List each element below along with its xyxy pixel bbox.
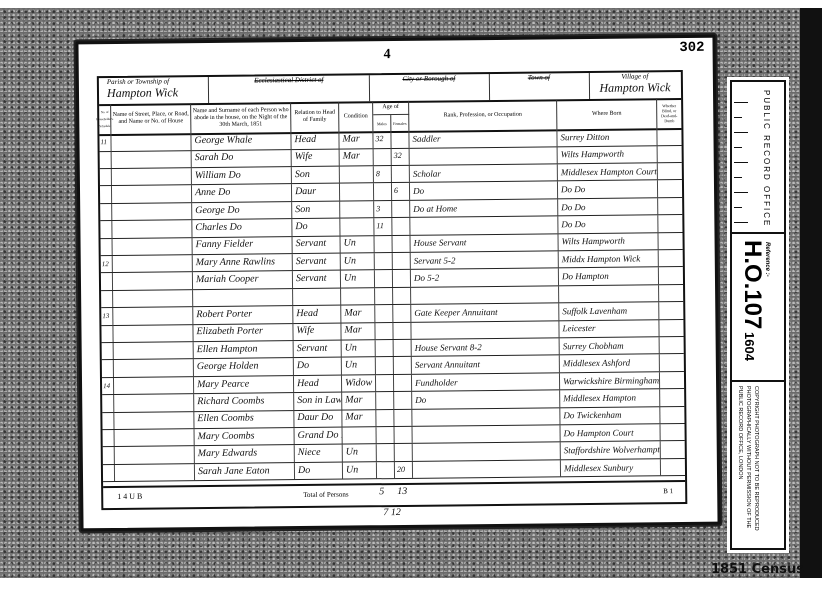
- cell-occupation: Gate Keeper Annuitant: [411, 303, 559, 321]
- cell-age-female: [393, 235, 411, 252]
- cell-name: Mary Edwards: [195, 445, 295, 463]
- cell-infirmity: [660, 424, 684, 441]
- cell-infirmity: [660, 354, 684, 371]
- cell-condition: Mar: [342, 392, 376, 409]
- cell-schedule: [100, 169, 112, 186]
- cell-name: Ellen Hampton: [194, 341, 294, 359]
- cell-infirmity: [657, 128, 681, 145]
- cell-age-male: [374, 148, 392, 165]
- cell-birthplace: Do Do: [558, 215, 658, 233]
- cell-schedule: [101, 238, 113, 255]
- cell-schedule: [101, 291, 113, 308]
- cell-occupation: Fundholder: [412, 373, 560, 391]
- col-relation: Relation to Head of Family: [291, 102, 339, 133]
- cell-occupation: Do: [410, 182, 558, 200]
- parish-cell: Parish or Township of Hampton Wick: [99, 77, 209, 104]
- cell-occupation: [412, 408, 560, 426]
- scan-edge: [800, 8, 822, 578]
- cell-schedule: [103, 447, 115, 464]
- enumerator-mark: B 1: [663, 487, 673, 495]
- cell-condition: Un: [341, 253, 375, 270]
- cell-age-female: [393, 287, 411, 304]
- town-label: Town of: [489, 73, 590, 100]
- cell-birthplace: [559, 285, 659, 303]
- cell-relation: Son: [292, 201, 340, 218]
- cell-schedule: 12: [101, 256, 113, 273]
- cell-infirmity: [658, 198, 682, 215]
- cell-age-male: 3: [374, 201, 392, 218]
- cell-age-female: [393, 322, 411, 339]
- cell-schedule: [100, 186, 112, 203]
- cell-condition: Mar: [342, 410, 376, 427]
- cell-birthplace: Wilts Hampworth: [558, 146, 658, 164]
- cell-condition: Mar: [340, 149, 374, 166]
- cell-street: [113, 238, 193, 255]
- cell-occupation: [410, 216, 558, 234]
- cell-schedule: 11: [99, 134, 111, 151]
- cell-age-male: 8: [374, 166, 392, 183]
- cell-age-male: 32: [373, 131, 391, 148]
- cell-relation: [293, 288, 341, 305]
- cell-relation: Servant: [293, 271, 341, 288]
- cell-schedule: [101, 325, 113, 342]
- village-value: Hampton Wick: [589, 80, 681, 96]
- cell-relation: Head: [293, 306, 341, 323]
- piece-number: 1604: [742, 332, 757, 361]
- col-name: Name and Surname of each Person who abod…: [191, 102, 291, 133]
- cell-name: Robert Porter: [193, 306, 293, 324]
- village-cell: Village of Hampton Wick: [589, 72, 681, 99]
- cell-condition: Un: [342, 357, 376, 374]
- cell-name: Ellen Coombs: [194, 410, 294, 428]
- cell-condition: Un: [342, 340, 376, 357]
- cell-condition: [340, 201, 374, 218]
- cell-birthplace: Warwickshire Birmingham: [560, 372, 660, 390]
- cell-occupation: Saddler: [409, 129, 557, 147]
- cell-relation: Servant: [293, 236, 341, 253]
- cell-occupation: [413, 425, 561, 443]
- cell-schedule: 14: [102, 378, 114, 395]
- cell-street: [111, 133, 191, 150]
- cell-birthplace: Surrey Ditton: [557, 128, 657, 146]
- cell-name: Anne Do: [192, 184, 292, 202]
- cell-street: [115, 446, 195, 463]
- cell-age-male: [376, 392, 394, 409]
- cell-street: [114, 359, 194, 376]
- cell-street: [115, 429, 195, 446]
- cell-occupation: Servant Annuitant: [412, 355, 560, 373]
- cell-age-male: 11: [374, 218, 392, 235]
- col-age-female: Females: [391, 115, 409, 131]
- cell-name: Elizabeth Porter: [193, 323, 293, 341]
- col-schedule: No. of Householder's Schedule: [99, 104, 111, 134]
- cell-birthplace: Do Do: [558, 180, 658, 198]
- males-total: 5: [379, 486, 384, 497]
- cell-schedule: [101, 273, 113, 290]
- cell-street: [112, 151, 192, 168]
- cell-age-female: [392, 166, 410, 183]
- cell-relation: Son: [292, 166, 340, 183]
- cell-age-male: [377, 427, 395, 444]
- cell-condition: Un: [341, 236, 375, 253]
- cell-birthplace: Staffordshire Wolverhampton: [561, 441, 661, 459]
- cell-schedule: [100, 221, 112, 238]
- col-occupation: Rank, Profession, or Occupation: [409, 99, 557, 131]
- cell-birthplace: Suffolk Lavenham: [559, 302, 659, 320]
- cell-birthplace: Wilts Hampworth: [558, 233, 658, 251]
- cell-name: Charles Do: [192, 219, 292, 237]
- cell-age-female: [394, 374, 412, 391]
- reference-code: H.O.107: [738, 240, 766, 329]
- cell-relation: Daur: [292, 184, 340, 201]
- col-street: Name of Street, Place, or Road, and Name…: [111, 103, 191, 134]
- cell-birthplace: Do Do: [558, 198, 658, 216]
- cell-street: [113, 325, 193, 342]
- col-condition: Condition: [339, 101, 373, 131]
- city-label: City or Borough of: [369, 74, 490, 101]
- cell-relation: Wife: [293, 323, 341, 340]
- cell-name: Mariah Cooper: [193, 271, 293, 289]
- cell-street: [114, 394, 194, 411]
- cell-street: [112, 185, 192, 202]
- cell-condition: Widow: [342, 375, 376, 392]
- cell-relation: Head: [294, 375, 342, 392]
- cell-age-male: [375, 305, 393, 322]
- cell-name: Richard Coombs: [194, 393, 294, 411]
- cell-infirmity: [658, 163, 682, 180]
- cell-relation: Servant: [294, 340, 342, 357]
- cell-occupation: [413, 460, 561, 478]
- cell-schedule: 13: [101, 308, 113, 325]
- cell-condition: Un: [341, 270, 375, 287]
- cell-age-male: [375, 288, 393, 305]
- cell-relation: Grand Do Do: [295, 427, 343, 444]
- col-age-group: Age of: [373, 101, 409, 115]
- cell-infirmity: [658, 215, 682, 232]
- cell-condition: [340, 166, 374, 183]
- cell-occupation: [410, 147, 558, 165]
- cell-street: [112, 203, 192, 220]
- cell-birthplace: Middlesex Hampton Court: [558, 163, 658, 181]
- cell-age-female: [394, 340, 412, 357]
- cell-relation: Do: [294, 358, 342, 375]
- cell-age-female: [394, 409, 412, 426]
- image-caption: 1851 Census: [711, 562, 804, 577]
- cell-infirmity: [659, 319, 683, 336]
- cell-infirmity: [661, 441, 685, 458]
- cell-condition: Mar: [341, 323, 375, 340]
- cell-age-female: [392, 218, 410, 235]
- ecclesiastical-label: Ecclesiastical District of: [209, 75, 370, 103]
- cell-occupation: Do 5-2: [411, 269, 559, 287]
- cell-relation: Niece: [295, 445, 343, 462]
- cell-name: George Whale: [191, 132, 291, 150]
- cell-age-male: [376, 357, 394, 374]
- cell-occupation: [411, 321, 559, 339]
- archive-label: PUBLIC RECORD OFFICE: [762, 90, 771, 227]
- cell-age-male: [376, 340, 394, 357]
- cell-age-female: [395, 427, 413, 444]
- col-birthplace: Where Born: [557, 98, 657, 129]
- cell-relation: Son in Law: [294, 393, 342, 410]
- cell-street: [112, 220, 192, 237]
- cell-birthplace: Middlesex Hampton: [560, 389, 660, 407]
- cell-infirmity: [660, 389, 684, 406]
- cell-age-female: 20: [395, 461, 413, 478]
- cell-infirmity: [658, 145, 682, 162]
- cell-street: [114, 377, 194, 394]
- cell-condition: Un: [343, 462, 377, 479]
- cell-age-male: [375, 322, 393, 339]
- cell-relation: Daur Do: [294, 410, 342, 427]
- cell-age-female: 32: [392, 148, 410, 165]
- page-number: 4: [384, 47, 391, 63]
- cell-age-female: [393, 253, 411, 270]
- cell-occupation: House Servant 8-2: [412, 338, 560, 356]
- cell-birthplace: Leicester: [559, 320, 659, 338]
- cell-occupation: Scholar: [410, 164, 558, 182]
- cell-name: Fanny Fielder: [193, 236, 293, 254]
- cell-schedule: [102, 412, 114, 429]
- cell-infirmity: [660, 337, 684, 354]
- cell-condition: Mar: [341, 305, 375, 322]
- col-infirmity: Whether Blind, or Deaf-and-Dumb: [657, 98, 681, 128]
- cell-street: [115, 464, 195, 481]
- cell-name: Sarah Jane Eaton: [195, 463, 295, 481]
- cell-age-female: [393, 305, 411, 322]
- census-page: 4 302 Parish or Township of Hampton Wick…: [75, 35, 720, 532]
- cell-name: [193, 289, 293, 307]
- cell-schedule: [103, 465, 115, 482]
- cell-occupation: Do at Home: [410, 199, 558, 217]
- persons-total-label: Total of Persons: [303, 491, 348, 499]
- cell-name: Sarah Do: [192, 149, 292, 167]
- folio-number: 302: [679, 40, 704, 56]
- reference-strip: PUBLIC RECORD OFFICE Reference :- H.O.10…: [730, 80, 786, 550]
- cell-street: [114, 412, 194, 429]
- cell-age-male: [374, 183, 392, 200]
- cell-age-female: 6: [392, 183, 410, 200]
- cell-name: Mary Pearce: [194, 376, 294, 394]
- cell-age-female: [395, 444, 413, 461]
- cell-infirmity: [659, 267, 683, 284]
- cell-occupation: [411, 286, 559, 304]
- cell-occupation: House Servant: [411, 234, 559, 252]
- cell-occupation: Do: [412, 390, 560, 408]
- cell-age-male: [376, 375, 394, 392]
- cell-birthplace: Do Hampton: [559, 267, 659, 285]
- cell-name: Mary Coombs: [195, 428, 295, 446]
- cell-infirmity: [660, 372, 684, 389]
- cell-age-female: [394, 392, 412, 409]
- cell-street: [113, 307, 193, 324]
- copyright-notice: COPYRIGHT PHOTOGRAPH NOT TO BE REPRODUCE…: [736, 386, 760, 542]
- cell-condition: [340, 183, 374, 200]
- parish-value: Hampton Wick: [107, 85, 208, 101]
- cell-street: [113, 272, 193, 289]
- form-footer: 1 4 U B Total of Persons 5 13 B 1: [103, 480, 685, 508]
- cell-street: [113, 255, 193, 272]
- cell-age-female: [391, 131, 409, 148]
- cell-infirmity: [660, 406, 684, 423]
- cell-street: [114, 342, 194, 359]
- pencil-note: 7 12: [383, 507, 401, 518]
- cell-infirmity: [659, 250, 683, 267]
- cell-schedule: [103, 430, 115, 447]
- cell-age-male: [375, 253, 393, 270]
- cell-relation: Do: [295, 462, 343, 479]
- cell-birthplace: Middx Hampton Wick: [559, 250, 659, 268]
- cell-condition: Mar: [339, 131, 373, 148]
- cell-schedule: [102, 360, 114, 377]
- cell-age-female: [392, 200, 410, 217]
- cell-age-male: [375, 270, 393, 287]
- cell-name: William Do: [192, 167, 292, 185]
- cell-condition: [340, 218, 374, 235]
- cell-age-male: [377, 444, 395, 461]
- cell-condition: [341, 288, 375, 305]
- cell-age-male: [377, 462, 395, 479]
- cell-schedule: [100, 204, 112, 221]
- cell-infirmity: [659, 302, 683, 319]
- cell-infirmity: [658, 180, 682, 197]
- cell-infirmity: [659, 285, 683, 302]
- census-form: Parish or Township of Hampton Wick Eccle…: [97, 70, 688, 510]
- cell-age-female: [394, 357, 412, 374]
- cell-occupation: [413, 442, 561, 460]
- cell-age-female: [393, 270, 411, 287]
- col-age-male: Males: [373, 115, 391, 131]
- cell-occupation: Servant 5-2: [411, 251, 559, 269]
- cell-birthplace: Middlesex Ashford: [560, 354, 660, 372]
- cell-birthplace: Do Twickenham: [560, 407, 660, 425]
- cell-birthplace: Middlesex Sunbury: [561, 459, 661, 477]
- cell-name: George Holden: [194, 358, 294, 376]
- cell-age-male: [376, 409, 394, 426]
- cell-age-male: [375, 235, 393, 252]
- cell-name: George Do: [192, 202, 292, 220]
- cell-birthplace: Do Hampton Court: [560, 424, 660, 442]
- cell-schedule: [100, 151, 112, 168]
- cell-street: [112, 168, 192, 185]
- cell-street: [113, 290, 193, 307]
- cell-birthplace: Surrey Chobham: [560, 337, 660, 355]
- cell-relation: Do: [292, 219, 340, 236]
- cell-relation: Servant: [293, 253, 341, 270]
- cell-schedule: [102, 343, 114, 360]
- females-total: 13: [397, 486, 407, 497]
- cell-relation: Head: [291, 132, 339, 149]
- cell-condition: [343, 427, 377, 444]
- cell-name: Mary Anne Rawlins: [193, 254, 293, 272]
- houses-total: 1 4 U B: [117, 492, 142, 501]
- cell-infirmity: [661, 459, 685, 476]
- cell-infirmity: [658, 232, 682, 249]
- cell-condition: Un: [343, 444, 377, 461]
- cell-schedule: [102, 395, 114, 412]
- cell-relation: Wife: [292, 149, 340, 166]
